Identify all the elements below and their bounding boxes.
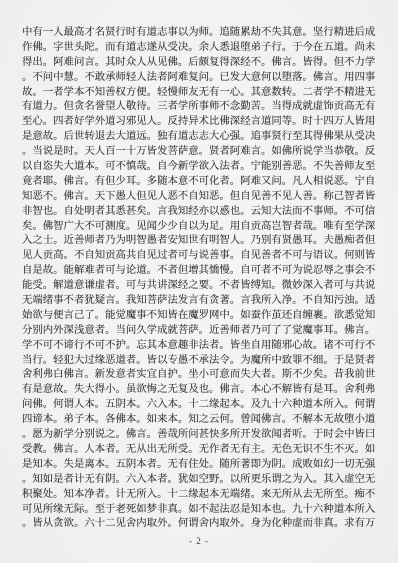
text-line: 能受。解道意谦虚者。可与共讲深经之要。不者皆缚知。微妙深入者可与共说 (22, 279, 378, 294)
text-line: 。皆从贪欲。六十二见舍内取外。何谓舍内取外。身为化种虚而非真。求有万 (22, 517, 378, 532)
text-line: 竟者耶。佛言。有但少耳。多随本意不可化者。阿难又问。凡人相说恶。宁自 (22, 175, 378, 190)
text-line: 是知本。失是离本。五阴本者。无有住处。随所著即为阴。成败如幻一切无强 (22, 458, 378, 473)
text-line: 分别内外深浅意者。当问久学成就菩萨。近善师者乃可了了觉魔事耳。佛言。 (22, 324, 378, 339)
text-line: 无端绪事不者犹疑言。我知菩萨法发言有贪著。言我所入净。不自知污浊。适 (22, 294, 378, 309)
text-line: 积聚处。知本净者。计无所入。十二缘起本无端绪。来无所从去无所至。痴不 (22, 488, 378, 503)
text-line: 有是意故。失大得小。虽欲悔之无复及也。佛言。本心不解皆有是耳。舍利弗 (22, 383, 378, 398)
text-line: 四谛本。弟子本。各佛本。如来本。知之云何。曾闻佛言。不解本无故堕小道 (22, 413, 378, 428)
text-line: 问佛。何谓人本。五阴本。六入本。十二缘起本。及九十六种道本所入。何谓 (22, 398, 378, 413)
text-line: 是意故。后世转退去大道远。独有道志志大心强。追事贤行至其得佛果从受决 (22, 130, 378, 145)
text-line: 作佛。字世头陀。而有道志遂从受决。余人悉退堕弟子行。于今在五道。尚未 (22, 41, 378, 56)
text-line: 以自恣失大道本。可不慎哉。自今新学欲入法者。宁能别善恶。不失善师友至 (22, 160, 378, 175)
text-line: 故。一者学本不知善权方便。轻慢师友无有一心。其意数转。二者学不精进无 (22, 86, 378, 101)
text-line: 非智也。自处明者其悉甚矣。言我知经亦以惑也。云知大法而不事师。不可信 (22, 205, 378, 220)
text-block: 中有一人最高才名贤行时有道志事以为师。追随累劫不失其意。坚行精进后成 作佛。字世… (22, 26, 378, 532)
text-line: 受教。佛言。人本者。无从出无所受。无作者无有主。无色无识不生不灭。如 (22, 443, 378, 458)
text-line: 矣。佛智广大不可测度。见闻少少自以为足。用自贡高岂智者哉。唯有至学深 (22, 220, 378, 235)
text-line: 入之士。近善师者乃为明智愚者安知世有明智人。乃别有贤愚耳。夫愚痴者但 (22, 234, 378, 249)
text-line: 舍利弗白佛言。新发意者实宜自护。坐小可意而失大者。斯不少矣。昔我前世 (22, 368, 378, 383)
text-line: 知恶不。佛言。天下愚人但见人恶不自知恶。但自见善不见人善。称己智者皆 (22, 190, 378, 205)
text-line: 始欲与便言己了。能觉魔事不知皆在魔罗网中。如蚕作茧还自缠裹。欲悉觉知 (22, 309, 378, 324)
text-line: 至心。四者好学外道习邪见人。反持异术比佛深经言道同等。时十四万人皆用 (22, 115, 378, 130)
text-line: 可见所缘无际。至于老死如梦非真。如不起法忍是知本也。九十六种道本所入 (22, 503, 378, 518)
text-line: 。愿为新学分别说之。佛言。善哉所问甚快多所开发欲闻者听。于时会中皆曰 (22, 428, 378, 443)
text-line: 学不可不谛行不可不护。忘其本意趣非法者。皆坐自用随邪心故。诸不可行不 (22, 339, 378, 354)
text-line: 中有一人最高才名贤行时有道志事以为师。追随累劫不失其意。坚行精进后成 (22, 26, 378, 41)
text-line: 。不问中慧。不敢承师轻人法者阿难复问。已发大意何以堕落。佛言。用四事 (22, 71, 378, 86)
text-line: 见人贡高。不自知贡高共自见过者可与说善事。自见善者不可与语议。何则皆 (22, 249, 378, 264)
text-line: 得出。阿难问言。其时众人从见佛。后颇复得深经不。佛言。皆得。但不力学 (22, 56, 378, 71)
scanned-page: 中有一人最高才名贤行时有道志事以为师。追随累劫不失其意。坚行精进后成 作佛。字世… (0, 0, 398, 563)
page-number: - 2 - (0, 536, 398, 547)
text-line: 自是故。能解难者可与论道。不者但增其憍慢。自可者不可为说忍辱之事会不 (22, 264, 378, 279)
text-line: 当行。轻犯大过缘恶道者。皆以专愚不承法令。为魔所中致罪不细。于是贤者 (22, 354, 378, 369)
text-line: 。知如是者计无有阴。六入本者。犹如空野。以所更乐谓之为入。其入虚空无 (22, 473, 378, 488)
text-line: 有道力。但贪名誉望人敬待。三者学所事师不念勤苦。当得成就虚饰贡高无有 (22, 100, 378, 115)
text-line: 。当说是时。天人百一十万皆发菩萨意。贤者阿难言。如佛所说学当恭敬。反 (22, 145, 378, 160)
